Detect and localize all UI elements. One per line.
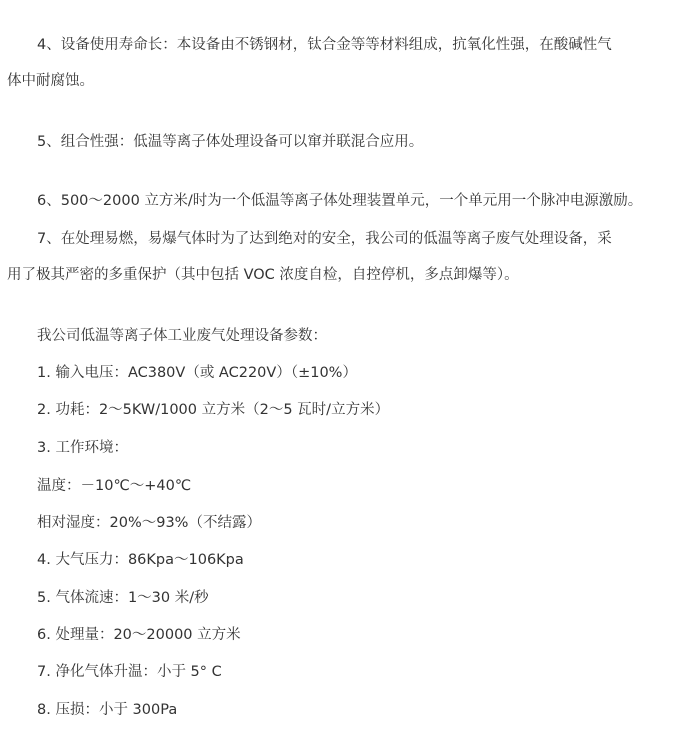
param-item: 5. 气体流速：1～30 米/秒 bbox=[37, 589, 209, 607]
param-item: 1. 输入电压：AC380V（或 AC220V）（±10%） bbox=[37, 364, 357, 382]
param-item: 温度：－10℃～+40℃ bbox=[37, 477, 191, 495]
param-item: 7. 净化气体升温：小于 5° C bbox=[37, 663, 222, 681]
paragraph-5: 5、组合性强：低温等离子体处理设备可以窜并联混合应用。 bbox=[37, 133, 423, 151]
paragraph-6: 6、500～2000 立方米/时为一个低温等离子体处理装置单元，一个单元用一个脉… bbox=[37, 192, 642, 210]
params-title: 我公司低温等离子体工业废气处理设备参数： bbox=[37, 327, 327, 345]
paragraph-4-line-1: 4、设备使用寿命长：本设备由不锈钢材，钛合金等等材料组成，抗氧化性强，在酸碱性气 bbox=[37, 36, 612, 54]
paragraph-7-line-1: 7、在处理易燃，易爆气体时为了达到绝对的安全，我公司的低温等离子废气处理设备，采 bbox=[37, 230, 612, 248]
paragraph-7-line-2: 用了极其严密的多重保护（其中包括 VOC 浓度自检，自控停机，多点卸爆等）。 bbox=[7, 266, 519, 284]
param-item: 3. 工作环境： bbox=[37, 439, 128, 457]
param-item: 6. 处理量：20～20000 立方米 bbox=[37, 626, 241, 644]
param-item: 2. 功耗：2～5KW/1000 立方米（2～5 瓦时/立方米） bbox=[37, 401, 389, 419]
param-item: 8. 压损：小于 300Pa bbox=[37, 701, 177, 719]
param-item: 相对湿度：20%～93%（不结露） bbox=[37, 514, 261, 532]
paragraph-4-line-2: 体中耐腐蚀。 bbox=[7, 72, 94, 90]
param-item: 4. 大气压力：86Kpa～106Kpa bbox=[37, 551, 244, 569]
